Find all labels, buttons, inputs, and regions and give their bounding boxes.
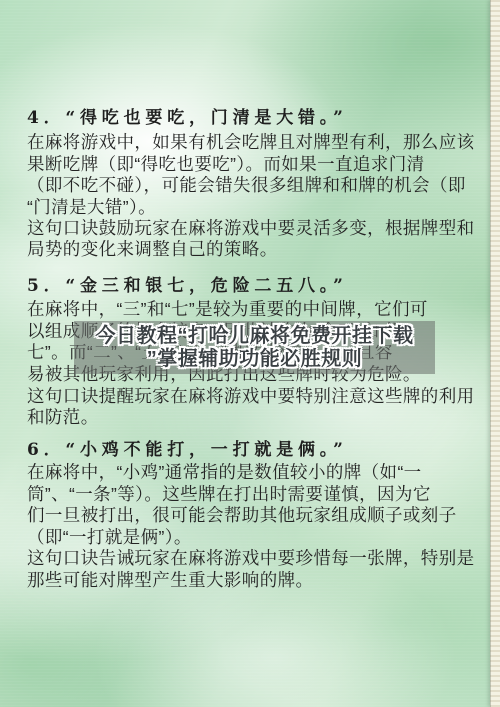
section-5-line: 和防范。 [27, 404, 99, 429]
watermark-line-2: ”掌握辅助功能必胜规则 [147, 348, 363, 371]
section-5-heading: 5．“金三和银七，危险二五八。” [27, 271, 348, 296]
article-page: 4．“得吃也要吃，门清是大错。” 在麻将游戏中，如果有机会吃牌且对牌型有利，那么… [0, 0, 500, 707]
watermark-line-1: 今日教程“打哈儿麻将免费开挂下载 [96, 325, 414, 348]
section-4-line: 局势的变化来调整自己的策略。 [27, 236, 278, 261]
section-6-heading: 6．“小鸡不能打，一打就是俩。” [27, 435, 348, 460]
section-4-heading: 4．“得吃也要吃，门清是大错。” [27, 103, 348, 128]
section-6-line: 那些可能对牌型产生重大影响的牌。 [27, 567, 313, 592]
watermark-overlay: 今日教程“打哈儿麻将免费开挂下载 ”掌握辅助功能必胜规则 [74, 321, 435, 374]
paper-edge [490, 0, 500, 707]
